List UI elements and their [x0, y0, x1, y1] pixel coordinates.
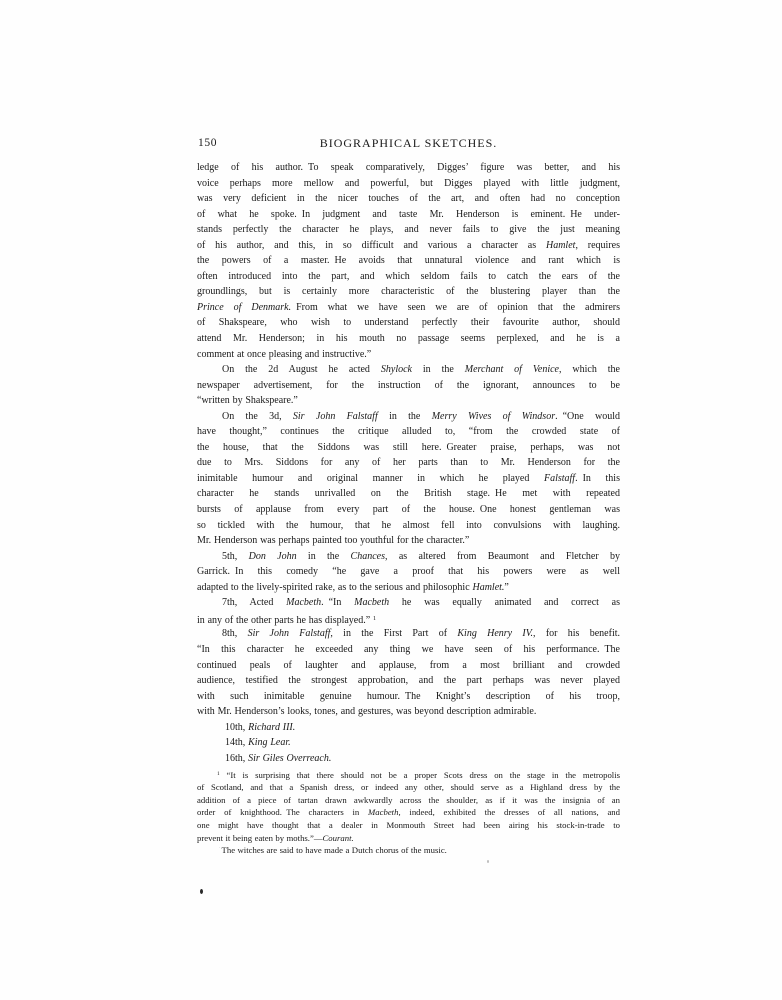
text-line: ledge of his author. To speak comparativ… — [197, 160, 620, 176]
ink-speck — [487, 860, 489, 863]
text-segment: , requires — [575, 240, 620, 251]
text-segment: Sir John Falstaff — [293, 411, 378, 422]
text-line: Garrick. In this comedy “he gave a proof… — [197, 564, 620, 580]
text-segment: of Scotland, and that a Spanish dress, o… — [197, 782, 620, 792]
text-segment: prevent it being eaten by moths.”— — [197, 833, 323, 843]
text-segment: Macbeth — [286, 597, 321, 608]
text-segment: King Lear. — [248, 737, 291, 748]
text-segment: The witches are said to have made a Dutc… — [222, 845, 447, 855]
text-segment: 10th, — [225, 722, 248, 733]
text-segment: groundlings, but is certainly more chara… — [197, 286, 620, 297]
text-segment: in any of the other parts he has display… — [197, 615, 373, 626]
text-line: 5th, Don John in the Chances, as altered… — [197, 549, 620, 565]
text-line: in any of the other parts he has display… — [197, 611, 620, 627]
text-segment: King Henry IV. — [457, 628, 533, 639]
running-title: BIOGRAPHICAL SKETCHES. — [197, 135, 620, 151]
text-segment: adapted to the lively-spirited rake, as … — [197, 582, 472, 593]
text-segment: Hamlet — [546, 240, 575, 251]
text-line: was very deficient in the nicer touches … — [197, 191, 620, 207]
text-segment: “written by Shakspeare.” — [197, 395, 298, 406]
text-segment: of Shakspeare, who wish to understand pe… — [197, 317, 620, 328]
text-line: continued peals of laughter and applause… — [197, 658, 620, 674]
text-segment: voice perhaps more mellow and powerful, … — [197, 178, 620, 189]
text-line: comment at once pleasing and instructive… — [197, 347, 620, 363]
text-segment: , indeed, exhibited the dresses of all n… — [398, 807, 620, 817]
text-segment: 8th, — [222, 628, 248, 639]
text-segment: character he stands unrivalled on the Br… — [197, 488, 620, 499]
text-line: Mr. Henderson was perhaps painted too yo… — [197, 533, 620, 549]
text-line: newspaper advertisement, for the instruc… — [197, 378, 620, 394]
text-line: attend Mr. Henderson; in his mouth no pa… — [197, 331, 620, 347]
text-segment: Courant. — [323, 833, 354, 843]
text-segment: Falstaff — [544, 473, 575, 484]
text-segment: “In this character he exceeded any thing… — [197, 644, 620, 655]
text-segment: due to Mrs. Siddons for any of her parts… — [197, 457, 620, 468]
text-line: groundlings, but is certainly more chara… — [197, 284, 620, 300]
text-line: bursts of applause from every part of th… — [197, 502, 620, 518]
text-segment: continued peals of laughter and applause… — [197, 660, 620, 671]
text-line: addition of a piece of tartan drawn awkw… — [197, 794, 620, 807]
text-segment: often introduced into the part, and whic… — [197, 271, 620, 282]
text-segment: audience, testified the strongest approb… — [197, 675, 620, 686]
text-segment: Prince of Denmark. — [197, 302, 291, 313]
text-segment: 16th, — [225, 753, 248, 764]
book-page: 150 BIOGRAPHICAL SKETCHES. ledge of his … — [0, 0, 782, 1000]
text-line: audience, testified the strongest approb… — [197, 673, 620, 689]
text-segment: ” — [504, 582, 508, 593]
text-segment: Merchant of Venice — [465, 364, 559, 375]
text-segment: Mr. Henderson was perhaps painted too yo… — [197, 535, 469, 546]
text-segment: in the — [297, 551, 351, 562]
text-line: of Shakspeare, who wish to understand pe… — [197, 315, 620, 331]
text-segment: Garrick. In this comedy “he gave a proof… — [197, 566, 620, 577]
text-segment: of what he spoke. In judgment and taste … — [197, 209, 620, 220]
text-segment: bursts of applause from every part of th… — [197, 504, 620, 515]
text-segment: Chances — [351, 551, 385, 562]
text-segment: . “One would — [555, 411, 620, 422]
text-segment: . In this — [575, 473, 620, 484]
text-segment: have thought,” continues the critique al… — [197, 426, 620, 437]
text-segment: addition of a piece of tartan drawn awkw… — [197, 795, 620, 805]
text-segment: , as altered from Beaumont and Fletcher … — [385, 551, 620, 562]
text-line: voice perhaps more mellow and powerful, … — [197, 176, 620, 192]
text-segment: “It is surprising that there should not … — [220, 770, 620, 780]
text-segment: inimitable humour and original manner in… — [197, 473, 544, 484]
text-line: 10th, Richard III. — [197, 720, 620, 736]
text-line: Prince of Denmark. From what we have see… — [197, 300, 620, 316]
text-line: 14th, King Lear. — [197, 735, 620, 751]
text-line: 7th, Acted Macbeth. “In Macbeth he was e… — [197, 595, 620, 611]
text-segment: Hamlet. — [472, 582, 504, 593]
text-segment: in the — [378, 411, 432, 422]
text-line: the powers of a master. He avoids that u… — [197, 253, 620, 269]
text-segment: was very deficient in the nicer touches … — [197, 193, 620, 204]
text-line: order of knighthood. The characters in M… — [197, 806, 620, 819]
text-line: adapted to the lively-spirited rake, as … — [197, 580, 620, 596]
text-line: “In this character he exceeded any thing… — [197, 642, 620, 658]
text-segment: one might have thought that a dealer in … — [197, 820, 620, 830]
text-line: due to Mrs. Siddons for any of her parts… — [197, 455, 620, 471]
text-line: one might have thought that a dealer in … — [197, 819, 620, 832]
text-segment: Macbeth — [368, 807, 398, 817]
text-segment: order of knighthood. The characters in — [197, 807, 368, 817]
ink-speck — [200, 889, 203, 894]
text-line: so tickled with the humour, that he almo… — [197, 518, 620, 534]
text-segment: ledge of his author. To speak comparativ… — [197, 162, 620, 173]
text-line: inimitable humour and original manner in… — [197, 471, 620, 487]
text-segment: Shylock — [381, 364, 412, 375]
text-segment: . “In — [321, 597, 354, 608]
text-segment: Macbeth — [354, 597, 389, 608]
text-segment: On the 3d, — [222, 411, 293, 422]
text-segment: attend Mr. Henderson; in his mouth no pa… — [197, 333, 620, 344]
text-segment: the house, that the Siddons was still he… — [197, 442, 620, 453]
text-line: character he stands unrivalled on the Br… — [197, 486, 620, 502]
text-segment: ′ — [219, 847, 222, 852]
text-line: 1 “It is surprising that there should no… — [197, 768, 620, 781]
text-line: “written by Shakspeare.” — [197, 393, 620, 409]
text-segment: Richard III. — [248, 722, 295, 733]
text-segment: of his author, and this, in so difficult… — [197, 240, 546, 251]
text-segment: From what we have seen we are of opinion… — [291, 302, 620, 313]
text-segment: comment at once pleasing and instructive… — [197, 349, 371, 360]
text-segment: with such inimitable genuine humour. The… — [197, 691, 620, 702]
text-line: prevent it being eaten by moths.”—Couran… — [197, 832, 620, 845]
text-line: stands perfectly the character he plays,… — [197, 222, 620, 238]
text-line: with such inimitable genuine humour. The… — [197, 689, 620, 705]
text-segment: Sir Giles Overreach. — [248, 753, 331, 764]
text-segment: Sir John Falstaff — [248, 628, 331, 639]
text-block: ledge of his author. To speak comparativ… — [197, 160, 620, 857]
text-segment: with Mr. Henderson’s looks, tones, and g… — [197, 706, 536, 717]
text-segment: On the 2d August he acted — [222, 364, 381, 375]
text-segment: stands perfectly the character he plays,… — [197, 224, 620, 235]
text-segment: he was equally animated and correct as — [389, 597, 620, 608]
text-segment: in the — [412, 364, 465, 375]
text-segment: Merry Wives of Windsor — [432, 411, 555, 422]
text-segment: so tickled with the humour, that he almo… — [197, 520, 620, 531]
page-number: 150 — [198, 135, 217, 151]
text-line: of what he spoke. In judgment and taste … — [197, 207, 620, 223]
text-line: with Mr. Henderson’s looks, tones, and g… — [197, 704, 620, 720]
text-segment: 7th, Acted — [222, 597, 286, 608]
text-line: ′ The witches are said to have made a Du… — [197, 844, 620, 857]
text-line: On the 3d, Sir John Falstaff in the Merr… — [197, 409, 620, 425]
text-line: of Scotland, and that a Spanish dress, o… — [197, 781, 620, 794]
text-line: 8th, Sir John Falstaff, in the First Par… — [197, 626, 620, 642]
text-segment: 5th, — [222, 551, 249, 562]
text-line: the house, that the Siddons was still he… — [197, 440, 620, 456]
text-segment: 1 — [373, 615, 376, 622]
text-line: 16th, Sir Giles Overreach. — [197, 751, 620, 767]
text-line: of his author, and this, in so difficult… — [197, 238, 620, 254]
text-line: On the 2d August he acted Shylock in the… — [197, 362, 620, 378]
text-segment: newspaper advertisement, for the instruc… — [197, 380, 620, 391]
text-segment: Don John — [249, 551, 297, 562]
text-segment: 14th, — [225, 737, 248, 748]
page-header: 150 BIOGRAPHICAL SKETCHES. — [197, 135, 620, 151]
text-segment: , for his benefit. — [533, 628, 620, 639]
text-line: have thought,” continues the critique al… — [197, 424, 620, 440]
text-segment: , in the First Part of — [330, 628, 457, 639]
text-segment: , which the — [559, 364, 620, 375]
text-segment: the powers of a master. He avoids that u… — [197, 255, 620, 266]
text-line: often introduced into the part, and whic… — [197, 269, 620, 285]
